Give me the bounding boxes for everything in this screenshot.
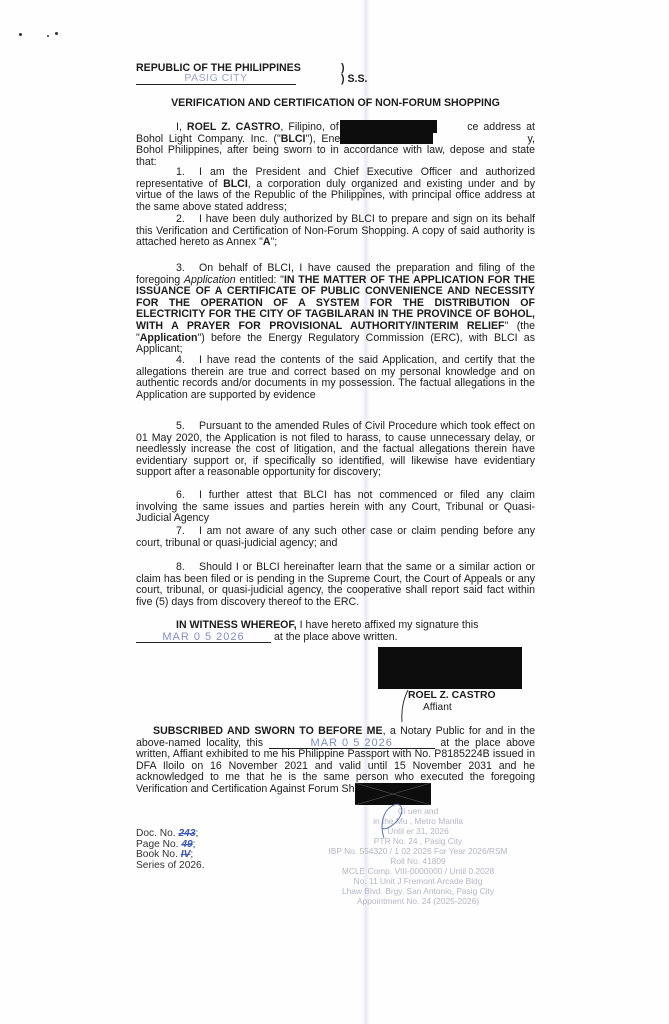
redaction-box: [340, 132, 433, 144]
scanned-document-page: REPUBLIC OF THE PHILIPPINES PASIG CITY )…: [0, 0, 669, 1024]
venue-ss: ) S.S.: [341, 73, 368, 85]
scan-speck: [47, 35, 49, 37]
affiant-name-inline: ROEL Z. CASTRO: [187, 121, 280, 133]
witness-clause: IN WITNESS WHEREOF, I have hereto affixe…: [136, 620, 535, 643]
affiant-name: ROEL Z. CASTRO: [408, 690, 496, 701]
paragraph-7: 7.I am not aware of any such other case …: [136, 526, 535, 549]
paragraph-5: 5.Pursuant to the amended Rules of Civil…: [136, 421, 535, 479]
notary-stamp: C Ci uen and in the Mu , Metro Manila Un…: [300, 796, 536, 906]
signature-redaction: [378, 647, 522, 689]
witness-date-stamp: MAR 0 5 2026: [136, 632, 271, 643]
paragraph-3: 3.On behalf of BLCI, I have caused the p…: [136, 263, 535, 356]
book-number: IV: [181, 849, 191, 860]
doc-number: 243: [178, 828, 195, 839]
scan-speck: [19, 33, 22, 36]
notarial-register: Doc. No. 243; Page No. 49; Book No. IV; …: [136, 829, 205, 871]
paragraph-2: 2.I have been duly authorized by BLCI to…: [136, 214, 535, 249]
paragraph-6: 6.I further attest that BLCI has not com…: [136, 490, 535, 525]
paragraph-1: 1.I am the President and Chief Executive…: [136, 167, 535, 213]
intro-paragraph: I, ROEL Z. CASTRO, Filipino, of legal ce…: [136, 122, 535, 168]
jurat-paragraph: SUBSCRIBED AND SWORN TO BEFORE ME, a Not…: [136, 726, 535, 796]
notary-signature-stroke: [370, 800, 410, 840]
paragraph-8: 8.Should I or BLCI hereinafter learn tha…: [136, 562, 535, 608]
city-stamp: PASIG CITY: [136, 73, 296, 85]
paragraph-4: 4.I have read the contents of the said A…: [136, 355, 535, 401]
affiant-role: Affiant: [423, 702, 452, 713]
document-title: VERIFICATION AND CERTIFICATION OF NON-FO…: [136, 97, 535, 109]
page-number: 49: [181, 839, 192, 850]
scan-speck: [55, 32, 58, 35]
